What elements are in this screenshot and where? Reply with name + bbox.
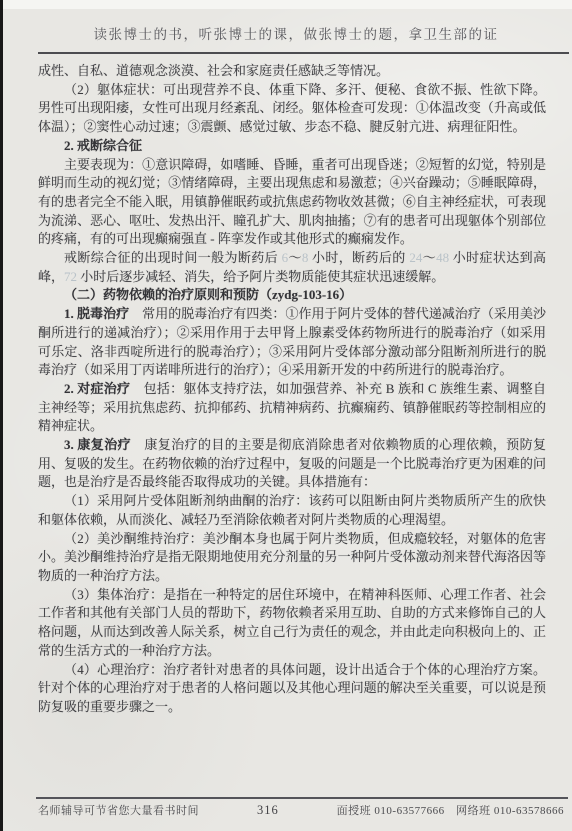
paragraph: （3）集体治疗：是指在一种特定的居住环境中，在精神科医师、心理工作者、社会工作者… bbox=[38, 586, 546, 661]
paragraph: 主要表现为：①意识障碍，如嗜睡、昏睡，重者可出现昏迷；②短暂的幻觉，特别是鲜明而… bbox=[38, 156, 546, 250]
paragraph: （2）美沙酮维持治疗：美沙酮本身也属于阿片类物质，但成瘾较轻，对躯体的危害小。美… bbox=[38, 530, 546, 586]
text-run: （3）集体治疗：是指在一种特定的居住环境中，在精神科医师、心理工作者、社会工作者… bbox=[38, 587, 546, 658]
scan-top-strip bbox=[0, 0, 572, 9]
text-run: 小时后逐步减轻、消失，给予阿片类物质能使其症状迅速缓解。 bbox=[77, 269, 444, 284]
text-run: （2）美沙酮维持治疗：美沙酮本身也属于阿片类物质，但成瘾较轻，对躯体的危害小。美… bbox=[38, 531, 546, 583]
footer-rule bbox=[36, 797, 568, 799]
paragraph: 戒断综合征的出现时间一般为断药后 6～8 小时，断药后的 24～48 小时症状达… bbox=[38, 249, 546, 286]
text-run: （4）心理治疗：治疗者针对患者的具体问题，设计出适合于个体的心理治疗方案。针对个… bbox=[38, 662, 546, 714]
blanked-number: 48 bbox=[436, 250, 449, 265]
scan-edge bbox=[0, 0, 3, 831]
paragraph: 2. 戒断综合征 bbox=[38, 137, 546, 156]
paragraph: （2）躯体症状：可出现营养不良、体重下降、多汗、便秘、食欲不振、性欲下降。男性可… bbox=[38, 81, 546, 137]
text-run: 2. 戒断综合征 bbox=[64, 138, 142, 153]
paragraph: 成性、自私、道德观念淡漠、社会和家庭责任感缺乏等情况。 bbox=[38, 62, 546, 81]
page-body: 成性、自私、道德观念淡漠、社会和家庭责任感缺乏等情况。（2）躯体症状：可出现营养… bbox=[38, 62, 546, 717]
text-run: 主要表现为：①意识障碍，如嗜睡、昏睡，重者可出现昏迷；②短暂的幻觉，特别是鲜明而… bbox=[38, 157, 546, 247]
text-run: 1. 脱毒治疗 bbox=[64, 306, 129, 321]
paragraph: 3. 康复治疗 康复治疗的目的主要是彻底消除患者对依赖物质的心理依赖，预防复用、… bbox=[38, 436, 546, 492]
blanked-number: 24 bbox=[409, 250, 422, 265]
text-run: （2）躯体症状：可出现营养不良、体重下降、多汗、便秘、食欲不振、性欲下降。男性可… bbox=[38, 82, 546, 134]
paragraph: 1. 脱毒治疗 常用的脱毒治疗有四类：①作用于阿片受体的替代递减治疗（采用美沙酮… bbox=[38, 305, 546, 380]
footer-right-text: 面授班 010-63577666 网络班 010-63578666 bbox=[337, 802, 564, 818]
text-run: 2. 对症治疗 bbox=[64, 381, 130, 396]
paragraph: （4）心理治疗：治疗者针对患者的具体问题，设计出适合于个体的心理治疗方案。针对个… bbox=[38, 661, 546, 717]
paragraph: 2. 对症治疗 包括：躯体支持疗法，如加强营养、补充 B 族和 C 族维生素、调… bbox=[38, 380, 546, 436]
text-run: 小时，断药后的 bbox=[308, 250, 409, 265]
book-page: 读张博士的书，听张博士的课，做张博士的题，拿卫生部的证 成性、自私、道德观念淡漠… bbox=[0, 0, 572, 831]
text-run: ～ bbox=[422, 250, 436, 265]
page-number: 316 bbox=[257, 803, 279, 818]
header-slogan: 读张博士的书，听张博士的课，做张博士的题，拿卫生部的证 bbox=[30, 23, 562, 43]
text-run: 成性、自私、道德观念淡漠、社会和家庭责任感缺乏等情况。 bbox=[38, 63, 389, 78]
header-rule bbox=[38, 52, 569, 54]
page-footer: 名师辅导可节省您大量看书时间 316 面授班 010-63577666 网络班 … bbox=[38, 802, 564, 818]
text-run: （1）采用阿片受体阻断剂纳曲酮的治疗：该药可以阻断由阿片类物质所产生的欣快和躯体… bbox=[38, 493, 546, 527]
blanked-number: 72 bbox=[64, 269, 77, 284]
footer-left-text: 名师辅导可节省您大量看书时间 bbox=[38, 802, 199, 818]
text-run: （二）药物依赖的治疗原则和预防（zydg-103-16） bbox=[64, 287, 352, 302]
text-run: 戒断综合征的出现时间一般为断药后 bbox=[64, 250, 282, 265]
section-heading: （二）药物依赖的治疗原则和预防（zydg-103-16） bbox=[38, 286, 546, 305]
text-run: 3. 康复治疗 bbox=[64, 437, 131, 452]
paragraph: （1）采用阿片受体阻断剂纳曲酮的治疗：该药可以阻断由阿片类物质所产生的欣快和躯体… bbox=[38, 492, 546, 529]
text-run: ～ bbox=[288, 250, 302, 265]
